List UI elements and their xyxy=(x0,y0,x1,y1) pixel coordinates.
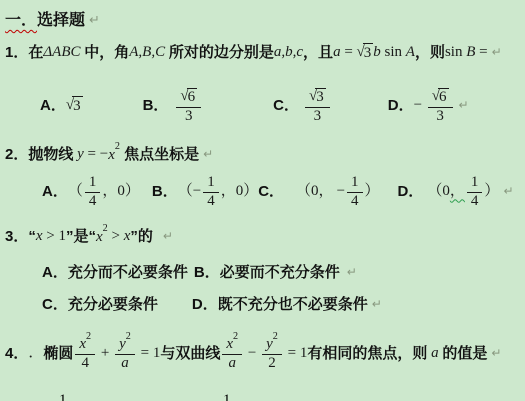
text-run: 抛物线 xyxy=(28,146,73,163)
fraction-denominator: 2 xyxy=(268,355,276,372)
section-title: 一．选择题↵ xyxy=(5,8,100,34)
math-roman: （ xyxy=(68,183,83,200)
paragraph-mark-icon: ↵ xyxy=(503,185,513,199)
text-run: ”的 xyxy=(130,228,153,245)
math-roman: > xyxy=(108,228,124,245)
math-roman: 4 xyxy=(207,194,215,210)
math-italic: a xyxy=(427,345,442,362)
math-roman: 4 xyxy=(351,194,359,210)
label: 4． xyxy=(5,345,28,362)
math-roman: sin xyxy=(381,44,406,61)
label: 2． xyxy=(5,146,28,163)
fraction-numerator: y2 xyxy=(262,337,282,355)
paragraph-mark-icon: ↵ xyxy=(347,266,357,280)
radicand: 3 xyxy=(72,96,83,115)
fraction: √33 xyxy=(305,88,330,125)
superscript-exponent: 2 xyxy=(115,141,120,153)
fraction: y22 xyxy=(262,337,282,372)
fraction: 14 xyxy=(347,175,363,210)
question-3-options-row2: C．充分必要条件D．既不充分也不必要条件↵ xyxy=(42,293,382,317)
math-italic: y xyxy=(119,336,126,352)
fraction: 14 xyxy=(85,175,101,210)
radicand: 6 xyxy=(438,88,449,106)
math-roman: ． xyxy=(28,345,43,362)
text-run: 选择题 xyxy=(37,12,85,30)
math-italic: B xyxy=(466,44,475,61)
text-run: ，且 xyxy=(303,44,333,61)
math-roman: 3 xyxy=(185,109,193,125)
wavy-underline-red-text: 一． xyxy=(5,12,37,30)
math-roman: = 1 xyxy=(137,345,160,362)
superscript: y2 xyxy=(119,337,131,353)
fraction-numerator: y2 xyxy=(115,337,135,355)
math-roman: ） xyxy=(365,183,380,200)
superscript-base: x xyxy=(108,146,115,164)
paragraph-mark-icon: ↵ xyxy=(203,148,213,162)
label: C． xyxy=(42,296,68,313)
superscript-base: y xyxy=(266,337,273,353)
radicand: 6 xyxy=(187,88,198,106)
math-italic: x xyxy=(36,228,43,245)
math-roman: 4 xyxy=(89,194,97,210)
fraction: x2a xyxy=(222,337,242,372)
math-italic: a xyxy=(333,44,341,61)
text-run: 与双曲线 xyxy=(160,345,220,362)
text-run: 椭圆 xyxy=(43,345,73,362)
math-roman: 3 xyxy=(436,109,444,125)
fraction-denominator: 4 xyxy=(351,193,359,210)
math-roman: = xyxy=(475,44,487,61)
math-roman: = xyxy=(341,44,357,61)
paragraph-mark-icon: ↵ xyxy=(163,230,173,244)
text-run: 必要而不充分条件 xyxy=(220,264,340,281)
text-run: “ xyxy=(28,228,36,245)
fraction: 14 xyxy=(203,175,219,210)
radicand: 3 xyxy=(363,43,374,62)
math-roman: 4 xyxy=(82,356,90,372)
superscript-exponent: 2 xyxy=(233,332,238,343)
math-roman: 4 xyxy=(471,194,479,210)
radicand: 3 xyxy=(315,88,326,106)
fraction-numerator: 1 xyxy=(203,175,219,193)
label: B． xyxy=(143,97,169,114)
question-1-stem: 1．在ΔABC 中，角A,B,C 所对的边分别是a,b,c，且a = √3b s… xyxy=(5,40,502,66)
math-roman: = − xyxy=(84,146,108,163)
fraction-numerator: √6 xyxy=(176,88,201,108)
fraction-numerator: x2 xyxy=(222,337,242,355)
math-roman: 1 xyxy=(89,175,97,191)
label: D． xyxy=(192,296,218,313)
math-roman: （0 xyxy=(427,183,450,200)
paragraph-mark-icon: ↵ xyxy=(89,14,100,29)
text-run: 在 xyxy=(28,44,43,61)
math-roman: 6 xyxy=(439,90,447,106)
math-italic: ΔABC xyxy=(43,44,84,61)
label: 3． xyxy=(5,228,28,245)
math-roman: + xyxy=(97,345,113,362)
document-page[interactable]: 一．选择题↵1．在ΔABC 中，角A,B,C 所对的边分别是a,b,c，且a =… xyxy=(0,0,525,401)
fraction: √63 xyxy=(176,88,201,125)
fraction-denominator: 4 xyxy=(207,193,215,210)
label: A． xyxy=(40,97,66,114)
superscript: x2 xyxy=(226,337,238,353)
question-2-options: A．（14，0）B．（−14，0）C．（0，−14）D．（0，14）↵ xyxy=(42,170,514,214)
math-roman: ，0） xyxy=(102,183,140,200)
math-roman: 6 xyxy=(188,90,196,106)
radical: √3 xyxy=(309,88,326,106)
paragraph-mark-icon: ↵ xyxy=(491,347,501,361)
superscript-base: y xyxy=(119,337,126,353)
label: A． xyxy=(42,183,68,200)
fraction-denominator: 3 xyxy=(314,108,322,125)
text-run: 的值是 xyxy=(442,345,487,362)
math-roman: 3 xyxy=(73,98,81,115)
paragraph-mark-icon: ↵ xyxy=(459,99,469,113)
text-run: 中，角 xyxy=(84,44,129,61)
math-italic: x xyxy=(79,336,86,352)
superscript: y2 xyxy=(266,337,278,353)
paragraph-mark-icon: ↵ xyxy=(492,46,502,60)
math-italic: x xyxy=(96,229,103,245)
superscript-exponent: 2 xyxy=(126,332,131,343)
math-italic: a xyxy=(121,356,129,372)
math-roman: 3 xyxy=(314,109,322,125)
math-italic: a xyxy=(228,356,236,372)
math-roman: − xyxy=(244,345,260,362)
radical: √6 xyxy=(432,88,449,106)
math-roman: − xyxy=(414,97,426,114)
text-run: ”是“ xyxy=(66,228,96,245)
math-roman: （0， xyxy=(296,183,334,200)
label: C． xyxy=(273,97,299,114)
superscript-exponent: 2 xyxy=(273,332,278,343)
fraction-denominator: 3 xyxy=(185,108,193,125)
text-run: 焦点坐标是 xyxy=(120,146,199,163)
math-roman: （− xyxy=(178,183,201,200)
math-roman: − xyxy=(337,183,345,200)
fraction-denominator: 3 xyxy=(436,108,444,125)
fraction-numerator: √3 xyxy=(305,88,330,108)
wavy-underline-green-text: ， xyxy=(450,183,465,200)
superscript-exponent: 2 xyxy=(103,223,108,235)
math-roman: ，0） xyxy=(221,183,259,200)
question-2-stem: 2．抛物线 y = −x2 焦点坐标是↵ xyxy=(5,142,213,168)
label: D． xyxy=(388,97,414,114)
math-roman: > 1 xyxy=(43,228,66,245)
superscript-exponent: 2 xyxy=(86,332,91,343)
text-run: ，则 xyxy=(415,44,445,61)
fraction: x24 xyxy=(75,337,95,372)
fraction: 14 xyxy=(467,175,483,210)
label: C． xyxy=(258,183,284,200)
math-roman: 3 xyxy=(316,90,324,106)
label: B． xyxy=(152,183,178,200)
label: D． xyxy=(398,183,424,200)
radical: √3 xyxy=(66,96,83,115)
fraction-numerator: 1 xyxy=(467,175,483,193)
clipped-next-line-digit: 1 xyxy=(223,392,231,401)
superscript: x2 xyxy=(108,146,120,164)
math-roman: sin xyxy=(445,44,466,61)
question-1-options: A．√3B．√63C．√33D．− √63↵ xyxy=(40,84,469,128)
math-italic: a,b,c xyxy=(274,44,303,61)
fraction: √63 xyxy=(428,88,453,125)
fraction-numerator: x2 xyxy=(75,337,95,355)
question-4-stem: 4．．椭圆x24 + y2a = 1与双曲线x2a − y22 = 1有相同的焦… xyxy=(5,330,501,378)
fraction-denominator: a xyxy=(228,355,236,372)
radical: √3 xyxy=(357,43,374,62)
math-roman: 1 xyxy=(207,175,215,191)
fraction-denominator: 4 xyxy=(82,355,90,372)
math-roman: 2 xyxy=(268,356,276,372)
superscript-base: x xyxy=(96,228,103,246)
question-3-options-row1: A．充分而不必要条件B．必要而不充分条件↵ xyxy=(42,261,357,285)
fraction-numerator: 1 xyxy=(347,175,363,193)
fraction-numerator: √6 xyxy=(428,88,453,108)
fraction-denominator: a xyxy=(121,355,129,372)
math-italic: y xyxy=(73,146,83,163)
superscript: x2 xyxy=(79,337,91,353)
superscript-base: x xyxy=(226,337,233,353)
text-run: 充分而不必要条件 xyxy=(68,264,188,281)
fraction-denominator: 4 xyxy=(471,193,479,210)
math-italic: x xyxy=(226,336,233,352)
math-italic: A,B,C xyxy=(129,44,169,61)
superscript: x2 xyxy=(96,228,108,246)
text-run: 充分必要条件 xyxy=(68,296,158,313)
paragraph-mark-icon: ↵ xyxy=(372,298,382,312)
math-roman: 1 xyxy=(351,175,359,191)
math-roman: ） xyxy=(484,183,499,200)
superscript-base: x xyxy=(79,337,86,353)
clipped-next-line-digit: 1 xyxy=(59,392,67,401)
fraction-denominator: 4 xyxy=(89,193,97,210)
label: B． xyxy=(194,264,220,281)
math-italic: x xyxy=(124,228,131,245)
math-italic: x xyxy=(108,147,115,163)
math-roman: = 1 xyxy=(284,345,307,362)
text-run: 有相同的焦点，则 xyxy=(307,345,427,362)
text-run: 既不充分也不必要条件 xyxy=(218,296,368,313)
label: A． xyxy=(42,264,68,281)
question-3-stem: 3．“x > 1”是“x2 > x”的↵ xyxy=(5,224,173,250)
math-roman: 3 xyxy=(364,45,372,62)
math-italic: A xyxy=(406,44,415,61)
text-run: 所对的边分别是 xyxy=(169,44,274,61)
math-italic: b xyxy=(373,44,381,61)
label: 1． xyxy=(5,44,28,61)
math-italic: y xyxy=(266,336,273,352)
math-roman: 1 xyxy=(471,175,479,191)
fraction-numerator: 1 xyxy=(85,175,101,193)
fraction: y2a xyxy=(115,337,135,372)
radical: √6 xyxy=(180,88,197,106)
